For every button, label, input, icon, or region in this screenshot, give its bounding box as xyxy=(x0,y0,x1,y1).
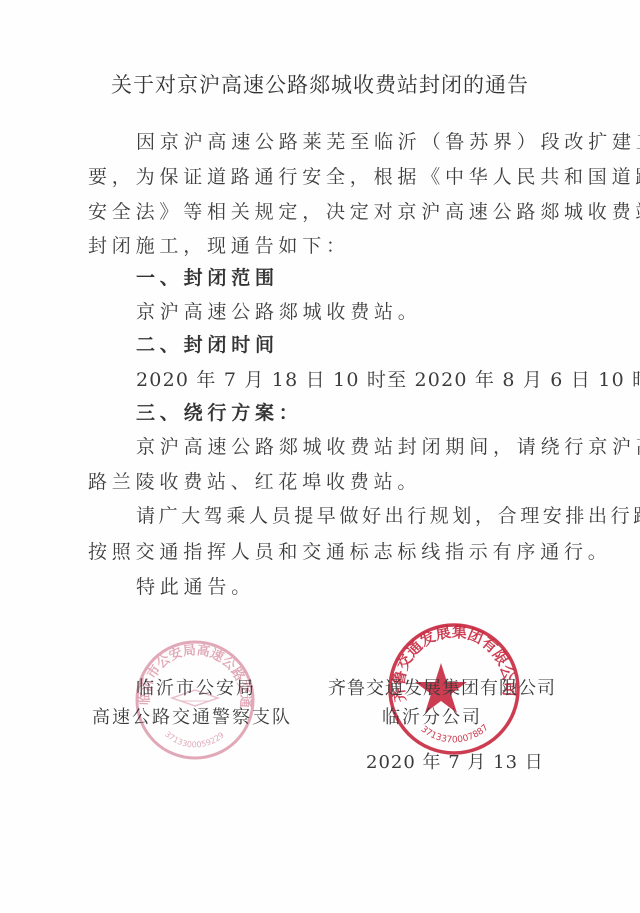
closing-text: 特此通告。 xyxy=(136,574,255,600)
left-signatory-line-1: 临沂市公安局 xyxy=(136,676,256,702)
intro-line-1: 因京沪高速公路莱芜至临沂（鲁苏界）段改扩建工程需 xyxy=(136,129,640,155)
intro-line-2: 要，为保证道路通行安全，根据《中华人民共和国道路交通 xyxy=(88,164,640,190)
left-signatory-line-2: 高速公路交通警察支队 xyxy=(92,705,292,731)
section-detour-line-1: 京沪高速公路郯城收费站封闭期间，请绕行京沪高速公 xyxy=(136,434,640,460)
advisory-line-1: 请广大驾乘人员提早做好出行规划，合理安排出行路线， xyxy=(136,503,640,529)
section-time-text: 2020 年 7 月 18 日 10 时至 2020 年 8 月 6 日 10 … xyxy=(136,367,640,393)
intro-line-4: 封闭施工，现通告如下： xyxy=(88,233,350,259)
section-heading-scope: 一、封闭范围 xyxy=(136,265,279,291)
section-scope-text: 京沪高速公路郯城收费站。 xyxy=(136,299,422,325)
advisory-line-2: 按照交通指挥人员和交通标志标线指示有序通行。 xyxy=(88,539,612,565)
section-heading-time: 二、封闭时间 xyxy=(136,332,279,358)
signature-date: 2020 年 7 月 13 日 xyxy=(366,750,544,776)
section-detour-line-2: 路兰陵收费站、红花埠收费站。 xyxy=(88,469,421,495)
section-heading-detour: 三、绕行方案： xyxy=(136,400,303,426)
police-seal-number: 3713300059229 xyxy=(163,730,226,750)
document-title: 关于对京沪高速公路郯城收费站封闭的通告 xyxy=(0,70,640,100)
right-signatory-line-2: 临沂分公司 xyxy=(382,705,482,731)
right-signatory-line-1: 齐鲁交通发展集团有限公司 xyxy=(328,676,556,702)
notice-page: 关于对京沪高速公路郯城收费站封闭的通告 因京沪高速公路莱芜至临沂（鲁苏界）段改扩… xyxy=(0,0,640,913)
intro-line-3: 安全法》等相关规定，决定对京沪高速公路郯城收费站进行 xyxy=(88,199,640,225)
svg-text:3713300059229: 3713300059229 xyxy=(163,730,226,750)
